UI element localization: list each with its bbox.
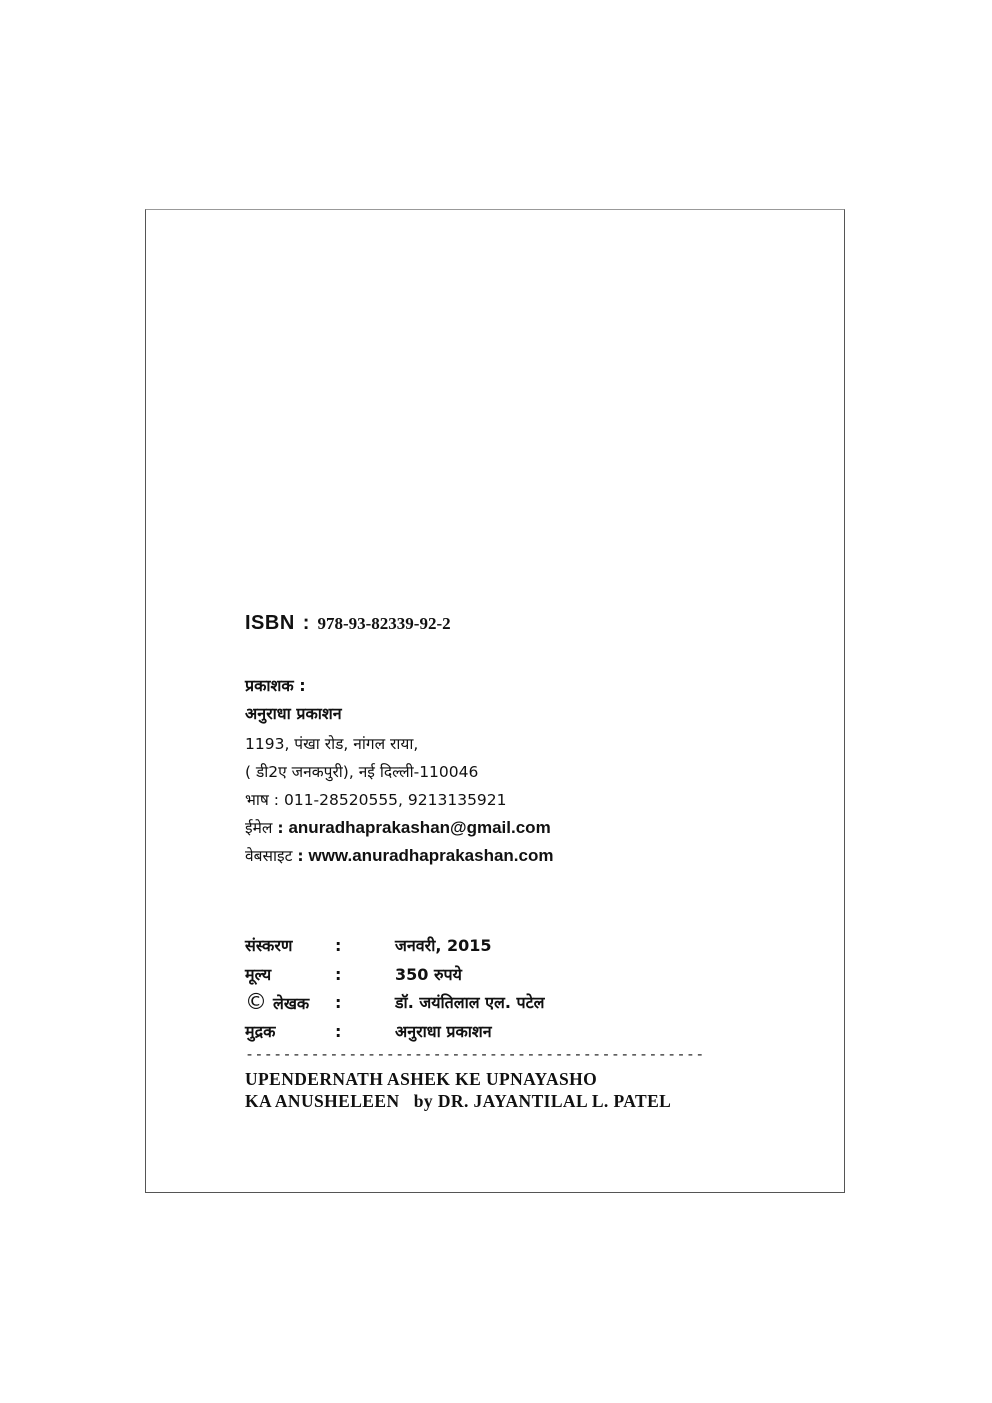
detail-key: मुद्रक bbox=[245, 1018, 335, 1047]
dashed-divider: ----------------------------------------… bbox=[245, 1046, 805, 1068]
phone-label: भाष : bbox=[245, 791, 279, 809]
website-label: वेबसाइट bbox=[245, 847, 292, 865]
email-line: ईमेल : anuradhaprakashan@gmail.com bbox=[245, 814, 805, 842]
detail-row-printer: मुद्रक : अनुराधा प्रकाशन bbox=[245, 1018, 805, 1047]
email-label: ईमेल bbox=[245, 819, 272, 837]
detail-value: डॉ. जयंतिलाल एल. पटेल bbox=[395, 989, 545, 1018]
detail-value: अनुराधा प्रकाशन bbox=[395, 1018, 492, 1047]
website-value[interactable]: www.anuradhaprakashan.com bbox=[308, 846, 553, 865]
detail-key: मूल्य bbox=[245, 961, 335, 990]
detail-row-edition: संस्करण : जनवरी, 2015 bbox=[245, 932, 805, 961]
email-value[interactable]: anuradhaprakashan@gmail.com bbox=[288, 818, 550, 837]
english-title-line-1: UPENDERNATH ASHEK KE UPNAYASHO bbox=[245, 1068, 805, 1090]
english-title-line-2: KA ANUSHELEEN by DR. JAYANTILAL L. PATEL bbox=[245, 1090, 805, 1112]
detail-separator: : bbox=[335, 961, 395, 990]
email-separator: : bbox=[277, 819, 283, 837]
website-separator: : bbox=[297, 847, 303, 865]
address-line-1: 1193, पंखा रोड, नांगल राया, bbox=[245, 730, 805, 758]
detail-key: लेखक bbox=[273, 994, 309, 1013]
imprint-content: ISBN : 978-93-82339-92-2 प्रकाशक : अनुरा… bbox=[245, 612, 805, 1112]
isbn-label: ISBN bbox=[245, 612, 295, 635]
detail-row-price: मूल्य : 350 रुपये bbox=[245, 961, 805, 990]
copyright-icon: © bbox=[245, 990, 267, 1015]
phone-line: भाष : 011-28520555, 9213135921 bbox=[245, 786, 805, 814]
isbn-separator: : bbox=[303, 612, 310, 635]
detail-separator: : bbox=[335, 1018, 395, 1047]
detail-value: जनवरी, 2015 bbox=[395, 932, 492, 961]
phone-value: 011-28520555, 9213135921 bbox=[284, 791, 507, 809]
detail-key: संस्करण bbox=[245, 932, 335, 961]
publisher-name: अनुराधा प्रकाशन bbox=[245, 702, 805, 730]
publisher-label: प्रकाशक : bbox=[245, 674, 805, 702]
edition-details: संस्करण : जनवरी, 2015 मूल्य : 350 रुपये … bbox=[245, 932, 805, 1046]
detail-value: 350 रुपये bbox=[395, 961, 462, 990]
address-line-2: ( डी2ए जनकपुरी), नई दिल्ली-110046 bbox=[245, 758, 805, 786]
isbn-value: 978-93-82339-92-2 bbox=[317, 614, 450, 634]
detail-separator: : bbox=[335, 932, 395, 961]
website-line: वेबसाइट : www.anuradhaprakashan.com bbox=[245, 842, 805, 870]
isbn-line: ISBN : 978-93-82339-92-2 bbox=[245, 612, 805, 644]
detail-row-author: ©लेखक : डॉ. जयंतिलाल एल. पटेल bbox=[245, 989, 805, 1018]
detail-key-wrap: ©लेखक bbox=[245, 989, 335, 1018]
detail-separator: : bbox=[335, 989, 395, 1018]
